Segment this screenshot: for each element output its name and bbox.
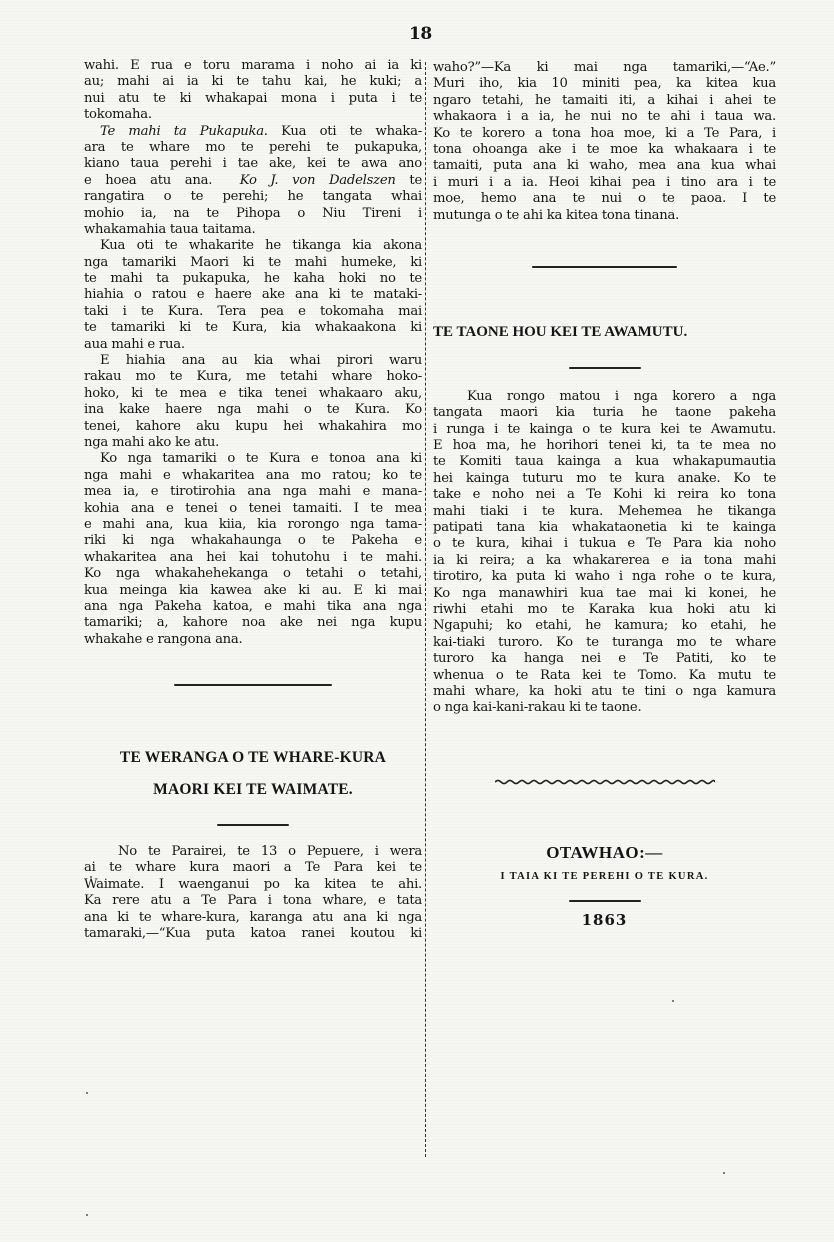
text-line: tamaiti, puta ana ki waho, mea ana kua w… [433, 158, 776, 174]
scan-speck [723, 1172, 725, 1174]
paragraph-right-2: Kua rongo matou i nga korero a nga tanga… [433, 389, 776, 717]
text-line: tamaraki,—“Kua puta katoa ranei koutou k… [84, 926, 422, 942]
text-line: tangata maori kia turia he taone pakeha [433, 405, 776, 421]
section-heading-awamutu: TE TAONE HOU KEI TE AWAMUTU. [433, 322, 776, 342]
text-line: tenei, kahore aku kupu hei whakahira mo [84, 419, 422, 435]
text-line: hoko, ki te mea e tika tenei whakaaro ak… [84, 386, 422, 402]
heading-rule [217, 824, 289, 826]
text-line: Ko nga tamariki o te Kura e tonoa ana ki [84, 451, 422, 467]
page-number: 18 [409, 24, 432, 44]
text-line: ina kake haere nga mahi o te Kura. Ko [84, 402, 422, 418]
text-line: turoro ka hanga nei e Te Patiti, ko te [433, 651, 776, 667]
right-column: waho?”—Ka ki mai nga tamariki,—“Ae.” Mur… [433, 60, 776, 928]
imprint-rule [569, 900, 641, 902]
text-line: whakamahia taua taitama. [84, 222, 422, 238]
text-line: taki i te Kura. Tera pea e tokomaha mai [84, 304, 422, 320]
text-line: rangatira o te perehi; he tangata whai [84, 189, 422, 205]
section-rule [532, 266, 677, 268]
scan-speck [86, 1092, 88, 1094]
text-line: aua mahi e rua. [84, 337, 422, 353]
text-line: Ka rere atu a Te Para i tona whare, e ta… [84, 893, 422, 909]
wavy-ornament-rule [495, 779, 715, 785]
text-line: take e noho nei a Te Kohi ki reira ko to… [433, 487, 776, 503]
text-line: rakau mo te Kura, me tetahi whare hoko- [84, 369, 422, 385]
text-line: e hoea atu ana. Ko J. von Dadelszen te [84, 173, 422, 189]
paragraph-left-4: E hiahia ana au kia whai pirori waru rak… [84, 353, 422, 451]
paragraph-right-1: waho?”—Ka ki mai nga tamariki,—“Ae.” Mur… [433, 60, 776, 224]
text-line: nga tamariki Maori ki te mahi humeke, ki [84, 255, 422, 271]
text-line: te Komiti taua kainga a kua whakapumauti… [433, 454, 776, 470]
text-line: te mahi ta pukapuka, he kaha hoki no te [84, 271, 422, 287]
scan-speck [90, 876, 92, 878]
text-line: waho?”—Ka ki mai nga tamariki,—“Ae.” [433, 60, 776, 76]
text-line: te tamariki ki te Kura, kia whakaakona k… [84, 320, 422, 336]
text-line: ana nga Pakeha katoa, e mahi tika ana ng… [84, 599, 422, 615]
text-line: i runga i te kainga o te kura kei te Awa… [433, 422, 776, 438]
text-line: nui atu te ki whakapai mona i puta i te [84, 91, 422, 107]
text-line: whakahe e rangona ana. [84, 632, 422, 648]
text-line: nga mahi ako ke atu. [84, 435, 422, 451]
imprint-block: OTAWHAO:— I TAIA KI TE PEREHI O TE KURA.… [433, 845, 776, 928]
paragraph-left-1: wahi. E rua e toru marama i noho ai ia k… [84, 58, 422, 124]
text-line: Ngapuhi; ko etahi, he kamura; ko etahi, … [433, 618, 776, 634]
paragraph-left-6: No te Parairei, te 13 o Pepuere, i wera … [84, 844, 422, 942]
text-line: Kua oti te whakarite he tikanga kia akon… [84, 238, 422, 254]
paragraph-left-5: Ko nga tamariki o te Kura e tonoa ana ki… [84, 451, 422, 648]
scan-speck [86, 1214, 88, 1216]
text-line: ai te whare kura maori a Te Para kei te [84, 860, 422, 876]
text-line: o nga kai-kani-rakau ki te taone. [433, 700, 776, 716]
text-line: wahi. E rua e toru marama i noho ai ia k… [84, 58, 422, 74]
italic-name: Ko J. von Dadelszen [240, 173, 396, 188]
italic-lead: Te mahi ta Pukapuka. [100, 124, 268, 139]
left-column: wahi. E rua e toru marama i noho ai ia k… [84, 58, 422, 942]
text-line: Te mahi ta Pukapuka. Kua oti te whaka- [84, 124, 422, 140]
section-rule [174, 684, 332, 686]
text-line: mahi tiaki i te kura. Mehemea he tikanga [433, 504, 776, 520]
text-line: kohia ana e tenei o tenei tamaiti. I te … [84, 501, 422, 517]
text-line: E hiahia ana au kia whai pirori waru [84, 353, 422, 369]
text-line: whakaritea ana hei kai tohutohu i te mah… [84, 550, 422, 566]
text-line: patipati tana kia whakataonetia ki te ka… [433, 520, 776, 536]
text-line: No te Parairei, te 13 o Pepuere, i wera [84, 844, 422, 860]
text-line: e mahi ana, kua kiia, kia rorongo nga ta… [84, 517, 422, 533]
text-line: kua meinga kia kawea ake ki au. E ki mai [84, 583, 422, 599]
text-line: Waimate. I waenganui po ka kitea te ahi. [84, 877, 422, 893]
text-line: tamariki; a, kahore noa ake nei nga kupu [84, 615, 422, 631]
imprint-year: 1863 [433, 912, 776, 928]
text-line: mutunga o te ahi ka kitea tona tinana. [433, 208, 776, 224]
heading-rule [569, 367, 641, 369]
text-line: kiano taua perehi i tae ake, kei te awa … [84, 156, 422, 172]
text-line: hei kainga tuturu mo te kura anake. Ko t… [433, 471, 776, 487]
newspaper-page: 18 wahi. E rua e toru marama i noho ai i… [0, 0, 834, 1242]
text-line: tokomaha. [84, 107, 422, 123]
text-line: ana ki te whare-kura, karanga atu ana ki… [84, 910, 422, 926]
text-line: o te kura, kihai i tukua e Te Para kia n… [433, 536, 776, 552]
text-line: tirotiro, ka puta ki waho i nga rohe o t… [433, 569, 776, 585]
column-divider [425, 62, 426, 1157]
text-line: Ko nga manawhiri kua tae mai ki konei, h… [433, 586, 776, 602]
text-line: tona ohoanga ake i te moe ka whakaara i … [433, 142, 776, 158]
text-line: Ko te korero a tona hoa moe, ki a Te Par… [433, 126, 776, 142]
text-line: Kua rongo matou i nga korero a nga [433, 389, 776, 405]
text-line: ara te whare mo te perehi te pukapuka, [84, 140, 422, 156]
text-line: nga mahi e whakaritea ana mo ratou; ko t… [84, 468, 422, 484]
text-line: mohio ia, na te Pihopa o Niu Tireni i [84, 206, 422, 222]
scan-speck [672, 1000, 674, 1002]
text-line: hiahia o ratou e haere ake ana ki te mat… [84, 287, 422, 303]
paragraph-left-2: Te mahi ta Pukapuka. Kua oti te whaka- a… [84, 124, 422, 239]
imprint-title: OTAWHAO:— [433, 845, 776, 861]
text-line: whenua o te Rata kei te Tomo. Ka mutu te [433, 668, 776, 684]
text-line: ia ki reira; a ka whakarerea e ia tona m… [433, 553, 776, 569]
text-line: Muri iho, kia 10 miniti pea, ka kitea ku… [433, 76, 776, 92]
text-line: Ko nga whakahehekanga o tetahi o tetahi, [84, 566, 422, 582]
section-heading-waimate: TE WERANGA O TE WHARE-KURA MAORI KEI TE … [84, 748, 422, 800]
text-line: i muri i a ia. Heoi kihai pea i tino ara… [433, 175, 776, 191]
text-line: ngaro tetahi, he tamaiti iti, a kihai i … [433, 93, 776, 109]
text-line: moe, hemo ana te nui o te paoa. I te [433, 191, 776, 207]
heading-line: TE WERANGA O TE WHARE-KURA [84, 748, 422, 768]
text-line: au; mahi ai ia ki te tahu kai, he kuki; … [84, 74, 422, 90]
imprint-subtitle: I TAIA KI TE PEREHI O TE KURA. [433, 869, 776, 885]
text-line: E hoa ma, he horihori tenei ki, ta te me… [433, 438, 776, 454]
text-line: riki ki nga whakahaunga o te Pakeha e [84, 533, 422, 549]
paragraph-left-3: Kua oti te whakarite he tikanga kia akon… [84, 238, 422, 353]
text-line: mea ia, e tirotirohia ana nga mahi e man… [84, 484, 422, 500]
text-line: whakaora i a ia, he nui no te ahi i taua… [433, 109, 776, 125]
text-line: riwhi etahi mo te Karaka kua hoki atu ki [433, 602, 776, 618]
text-line: mahi whare, ka hoki atu te tini o nga ka… [433, 684, 776, 700]
heading-line: MAORI KEI TE WAIMATE. [84, 780, 422, 800]
text-line: kai-tiaki turoro. Ko te turanga mo te wh… [433, 635, 776, 651]
